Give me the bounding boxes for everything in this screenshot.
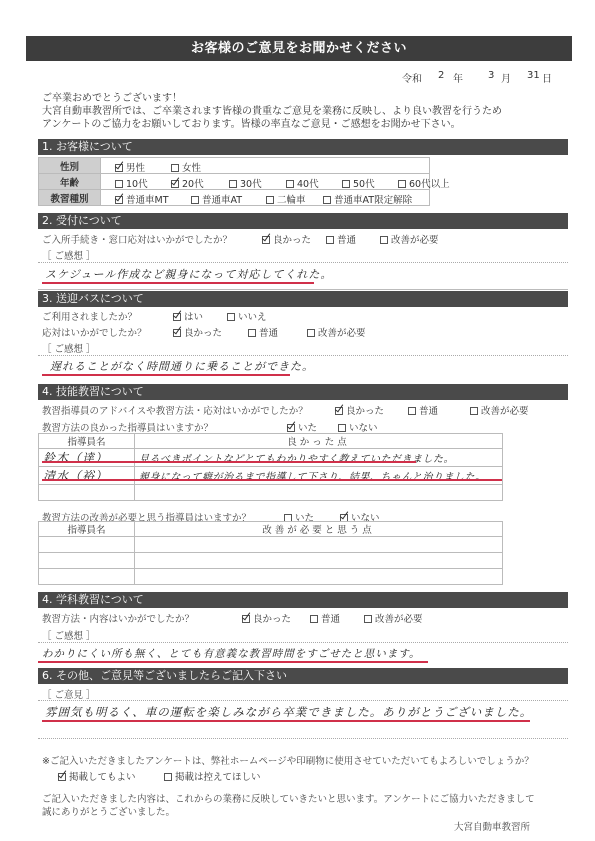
instructor-name-cell[interactable] bbox=[39, 569, 135, 585]
age-40s-option[interactable]: 40代 bbox=[286, 176, 319, 190]
consent-decline-option[interactable]: 掲載は控えてほしい bbox=[164, 769, 261, 783]
other-comment-label: ［ ご意見 ］ bbox=[42, 687, 96, 701]
checkbox-icon[interactable] bbox=[364, 615, 372, 623]
improve-instructor-table: 指導員名 改善が必要と思う点 bbox=[38, 521, 503, 585]
good-point-cell[interactable] bbox=[135, 485, 503, 501]
checkbox-icon[interactable] bbox=[115, 180, 123, 188]
checkbox-icon[interactable] bbox=[229, 180, 237, 188]
instructor-name-header: 指導員名 bbox=[39, 522, 135, 537]
date-month-unit: 月 bbox=[501, 70, 511, 85]
course-motorcycle-option[interactable]: 二輪車 bbox=[266, 192, 306, 206]
checkbox-icon[interactable] bbox=[286, 180, 294, 188]
date-month[interactable]: 3 bbox=[488, 70, 494, 81]
checkbox-icon[interactable] bbox=[398, 180, 406, 188]
table-row bbox=[39, 537, 503, 553]
checkbox-icon[interactable] bbox=[191, 196, 199, 204]
checkbox-checked-icon[interactable] bbox=[115, 164, 123, 172]
good-instructor-question: 教習方法の良かった指導員はいますか？ bbox=[42, 420, 213, 434]
instructor-name-cell[interactable] bbox=[39, 485, 135, 501]
reception-comment[interactable]: スケジュール作成など親身になって対応してくれた。 bbox=[45, 266, 332, 282]
checkbox-checked-icon[interactable] bbox=[173, 329, 181, 337]
checkbox-checked-icon[interactable] bbox=[173, 313, 181, 321]
age-50s-option[interactable]: 50代 bbox=[342, 176, 375, 190]
bus-usage-no-option[interactable]: いいえ bbox=[227, 309, 267, 323]
checkbox-checked-icon[interactable] bbox=[287, 424, 295, 432]
good-points-header: 良かった点 bbox=[135, 434, 503, 449]
checkbox-checked-icon[interactable] bbox=[262, 236, 270, 244]
good-instructor-yes-option[interactable]: いた bbox=[287, 420, 317, 434]
date-year-unit: 年 bbox=[453, 70, 463, 85]
good-point-cell[interactable]: 見るべきポイントなどとてもわかりやすく教えていただきました。 bbox=[135, 449, 503, 467]
checkbox-icon[interactable] bbox=[171, 164, 179, 172]
course-mt-option[interactable]: 普通車MT bbox=[115, 192, 169, 206]
checkbox-icon[interactable] bbox=[227, 313, 235, 321]
course-type-row: 教習種別 普通車MT 普通車AT 二輪車 普通車AT限定解除 bbox=[39, 190, 430, 206]
checkbox-icon[interactable] bbox=[266, 196, 274, 204]
checkbox-icon[interactable] bbox=[408, 407, 416, 415]
good-instructor-no-option[interactable]: いない bbox=[338, 420, 378, 434]
reception-average-option[interactable]: 普通 bbox=[326, 232, 356, 246]
checkbox-icon[interactable] bbox=[323, 196, 331, 204]
bus-comment[interactable]: 遅れることがなく時間通りに乗ることができた。 bbox=[50, 358, 314, 374]
bus-service-needs-improvement-option[interactable]: 改善が必要 bbox=[307, 325, 366, 339]
section-other-comments-heading: 6. その他、ご意見等ございましたらご記入下さい bbox=[38, 668, 568, 684]
instructor-name-header: 指導員名 bbox=[39, 434, 135, 449]
reception-good-option[interactable]: 良かった bbox=[262, 232, 311, 246]
good-point-cell[interactable]: 親身になって癖が治るまで指導して下さり、結果、ちゃんと治りました。 bbox=[135, 467, 503, 485]
improvement-point-cell[interactable] bbox=[135, 553, 503, 569]
table-row bbox=[39, 485, 503, 501]
date-day[interactable]: 31 bbox=[527, 70, 540, 81]
classroom-comment-label: ［ ご感想 ］ bbox=[42, 628, 96, 642]
checkbox-icon[interactable] bbox=[380, 236, 388, 244]
checkbox-icon[interactable] bbox=[342, 180, 350, 188]
bus-comment-label: ［ ご感想 ］ bbox=[42, 341, 96, 355]
bus-service-question: 応対はいかがでしたか？ bbox=[42, 325, 147, 339]
school-signature: 大宮自動車教習所 bbox=[454, 821, 530, 834]
checkbox-icon[interactable] bbox=[164, 773, 172, 781]
course-at-option[interactable]: 普通車AT bbox=[191, 192, 242, 206]
course-type-label: 教習種別 bbox=[39, 190, 101, 206]
table-row: 鈴木（達） 見るべきポイントなどとてもわかりやすく教えていただきました。 bbox=[39, 449, 503, 467]
instructor-name-cell[interactable] bbox=[39, 553, 135, 569]
table-row bbox=[39, 553, 503, 569]
bus-service-average-option[interactable]: 普通 bbox=[248, 325, 278, 339]
instructor-name-cell[interactable]: 清水（裕） bbox=[39, 467, 135, 485]
checkbox-icon[interactable] bbox=[470, 407, 478, 415]
intro-line-3: アンケートのご協力をお願いしております。皆様の率直なご意見・ご感想をお聞かせ下さ… bbox=[42, 118, 461, 132]
improvement-points-header: 改善が必要と思う点 bbox=[135, 522, 503, 537]
section-reception-heading: 2. 受付について bbox=[38, 213, 568, 229]
section-customer-heading: 1. お客様について bbox=[38, 139, 568, 155]
table-row: 清水（裕） 親身になって癖が治るまで指導して下さり、結果、ちゃんと治りました。 bbox=[39, 467, 503, 485]
gender-label: 性別 bbox=[39, 158, 101, 174]
checkbox-checked-icon[interactable] bbox=[335, 407, 343, 415]
gender-female-option[interactable]: 女性 bbox=[171, 160, 201, 174]
reception-comment-label: ［ ご感想 ］ bbox=[42, 248, 96, 262]
good-instructor-table: 指導員名 良かった点 鈴木（達） 見るべきポイントなどとてもわかりやすく教えてい… bbox=[38, 433, 503, 501]
checkbox-checked-icon[interactable] bbox=[115, 196, 123, 204]
classroom-question: 教習方法・内容はいかがでしたか？ bbox=[42, 611, 194, 625]
reception-needs-improvement-option[interactable]: 改善が必要 bbox=[380, 232, 439, 246]
gender-row: 性別 男性 女性 bbox=[39, 158, 430, 174]
age-label: 年齢 bbox=[39, 174, 101, 190]
consent-question: ※ご記入いただきましたアンケートは、弊社ホームページや印刷物に使用させていただい… bbox=[42, 755, 534, 768]
section-shuttle-bus-heading: 3. 送迎バスについて bbox=[38, 291, 568, 307]
reception-question: ご入所手続き・窓口応対はいかがでしたか？ bbox=[42, 232, 232, 246]
age-20s-option[interactable]: 20代 bbox=[171, 176, 204, 190]
instructor-advice-average-option[interactable]: 普通 bbox=[408, 403, 438, 417]
checkbox-checked-icon[interactable] bbox=[242, 615, 250, 623]
classroom-average-option[interactable]: 普通 bbox=[310, 611, 340, 625]
checkbox-icon[interactable] bbox=[326, 236, 334, 244]
classroom-comment[interactable]: わかりにくい所も無く、とても有意義な教習時間をすごせたと思います。 bbox=[42, 646, 420, 661]
improvement-point-cell[interactable] bbox=[135, 569, 503, 585]
instructor-name-cell[interactable]: 鈴木（達） bbox=[39, 449, 135, 467]
closing-line-1: ご記入いただきました内容は、これからの業務に反映していきたいと思います。アンケー… bbox=[42, 793, 535, 806]
date-year[interactable]: 2 bbox=[438, 70, 444, 81]
instructor-name-cell[interactable] bbox=[39, 537, 135, 553]
age-10s-option[interactable]: 10代 bbox=[115, 176, 148, 190]
checkbox-icon[interactable] bbox=[248, 329, 256, 337]
age-row: 年齢 10代 20代 30代 40代 50代 60代以上 bbox=[39, 174, 430, 190]
intro-line-2: 大宮自動車教習所では、ご卒業されます皆様の貴重なご意見を業務に反映し、より良い教… bbox=[42, 105, 502, 119]
customer-info-table: 性別 男性 女性 年齢 10代 20代 30代 40代 50代 60代以上 教習… bbox=[38, 157, 430, 206]
section-classroom-training-heading: 4. 学科教習について bbox=[38, 592, 568, 608]
bus-service-good-option[interactable]: 良かった bbox=[173, 325, 222, 339]
gender-male-option[interactable]: 男性 bbox=[115, 160, 145, 174]
section-practical-training-heading: 4. 技能教習について bbox=[38, 384, 568, 400]
improvement-point-cell[interactable] bbox=[135, 537, 503, 553]
checkbox-icon[interactable] bbox=[338, 424, 346, 432]
intro-line-1: ご卒業おめでとうございます！ bbox=[42, 92, 182, 106]
checkbox-icon[interactable] bbox=[307, 329, 315, 337]
bus-usage-yes-option[interactable]: はい bbox=[173, 309, 203, 323]
other-comment[interactable]: 雰囲気も明るく、車の運転を楽しみながら卒業できました。ありがとうございました。 bbox=[45, 704, 532, 720]
consent-allow-option[interactable]: 掲載してもよい bbox=[58, 769, 136, 783]
classroom-needs-improvement-option[interactable]: 改善が必要 bbox=[364, 611, 423, 625]
instructor-advice-good-option[interactable]: 良かった bbox=[335, 403, 384, 417]
bus-usage-question: ご利用されましたか？ bbox=[42, 309, 137, 323]
date-era: 令和 bbox=[402, 70, 422, 85]
checkbox-icon[interactable] bbox=[310, 615, 318, 623]
checkbox-checked-icon[interactable] bbox=[171, 180, 179, 188]
table-row bbox=[39, 569, 503, 585]
checkbox-checked-icon[interactable] bbox=[58, 773, 66, 781]
course-at-limit-removal-option[interactable]: 普通車AT限定解除 bbox=[323, 192, 412, 206]
instructor-advice-question: 教習指導員のアドバイスや教習方法・応対はいかがでしたか？ bbox=[42, 403, 308, 417]
closing-line-2: 誠にありがとうございました。 bbox=[42, 806, 175, 819]
age-30s-option[interactable]: 30代 bbox=[229, 176, 262, 190]
instructor-advice-needs-improvement-option[interactable]: 改善が必要 bbox=[470, 403, 529, 417]
age-60s-plus-option[interactable]: 60代以上 bbox=[398, 176, 450, 190]
classroom-good-option[interactable]: 良かった bbox=[242, 611, 291, 625]
form-title: お客様のご意見をお聞かせください bbox=[26, 36, 572, 61]
date-day-unit: 日 bbox=[542, 70, 552, 85]
